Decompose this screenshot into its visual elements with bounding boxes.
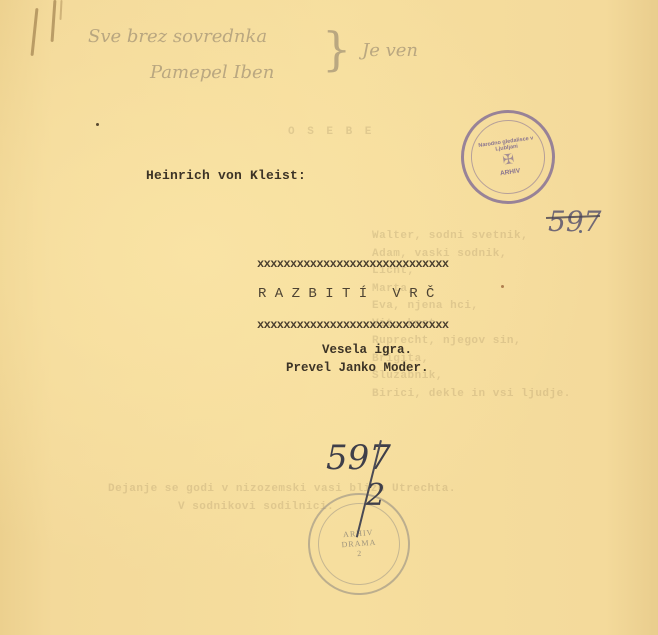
archive-number-numerator: 597 [326,438,391,478]
decorative-rule-top: xxxxxxxxxxxxxxxxxxxxxxxxxxxxx [257,257,448,271]
ghost-header: O S E B E [288,124,374,142]
author-name: Heinrich von Kleist: [146,168,306,183]
ghost-cast-list: Walter, sodni svetnik,Adam, vaski sodnik… [372,228,571,403]
archive-number-top: 597 [548,205,601,238]
edge-stain [51,0,57,42]
decorative-rule-bottom: xxxxxxxxxxxxxxxxxxxxxxxxxxxxx [257,318,448,332]
stamp-line-3: 2 [357,549,363,559]
play-title: RAZBITÍ VRČ [258,286,443,302]
ghost-cast-line: Birici, dekle in vsi ljudje. [372,386,571,404]
eagle-crest-icon: ✠ [502,150,515,169]
edge-stain [59,0,62,20]
ink-speck [501,285,504,288]
play-subtitle: Vesela igra. [322,343,412,357]
translator-credit: Prevel Janko Moder. [286,361,429,375]
ink-speck [579,230,582,233]
handwritten-side-note: Je ven [362,40,418,61]
archive-stamp-top: Narodno gledalisce v Ljubljani ✠ ARHIV [455,104,561,210]
archive-number-denominator: 2 [366,478,385,513]
ghost-cast-line: Walter, sodni svetnik, [372,228,571,246]
handwritten-note-line2: Pamepel Iben [150,62,274,83]
stamp-center-text: ARHIV [500,167,521,177]
handwritten-note-line1: Sve brez sovrednka [88,26,267,47]
edge-stain [30,8,38,56]
document-page: Sve brez sovrednka Pamepel Iben } Je ven… [0,0,658,635]
ink-speck [96,123,99,126]
ghost-footer-line: Dejanje se godi v nizozemski vasi blizu … [108,481,456,499]
handwritten-brace: } [322,22,351,76]
ghost-footer: Dejanje se godi v nizozemski vasi blizu … [108,481,456,516]
